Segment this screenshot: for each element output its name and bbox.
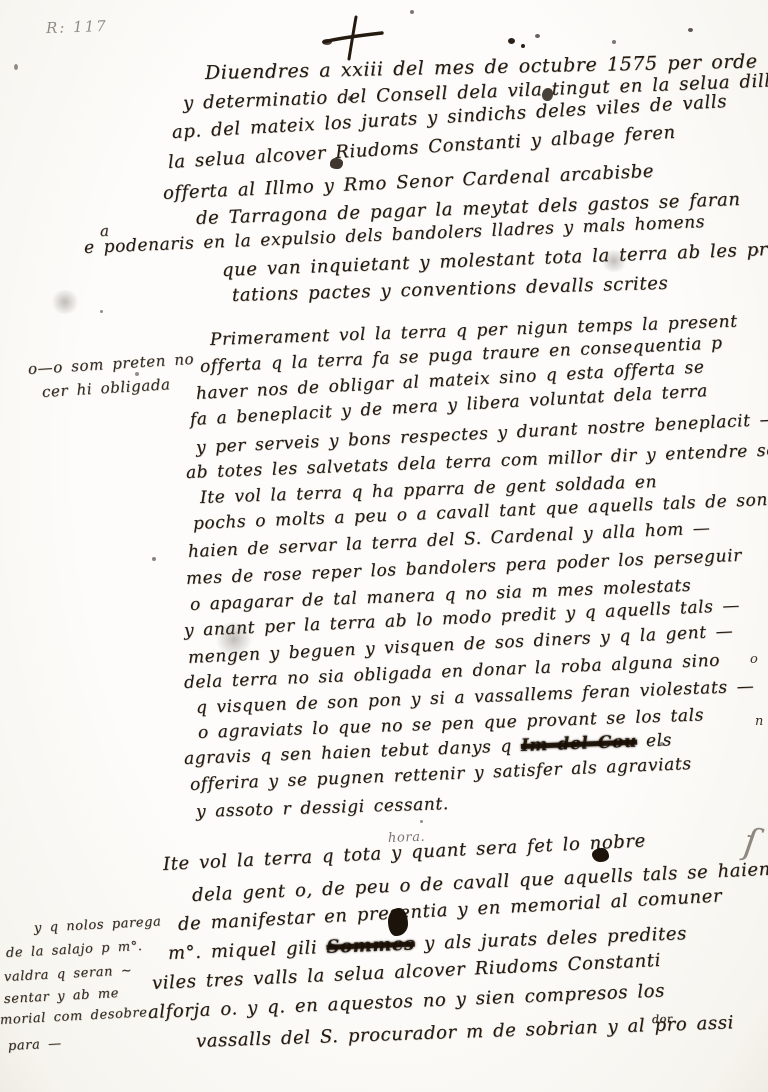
margin-note-line: para — xyxy=(8,1036,62,1054)
scan-smudge xyxy=(600,250,628,272)
margin-note-line: valdra q seran ~ xyxy=(4,963,133,985)
margin-note-line: sentar y ab me xyxy=(4,986,120,1007)
ink-speckle xyxy=(521,44,525,48)
margin-note-line: morial com desobre xyxy=(0,1005,148,1028)
ink-speckle xyxy=(348,96,353,101)
manuscript-page: R: 117 Diuendres a xxiii del mes de octu… xyxy=(0,0,768,1092)
ink-speckle xyxy=(688,28,693,32)
margin-note-line: de la salajo p m°. xyxy=(6,939,143,961)
manuscript-line: y assoto r dessigi cessant. xyxy=(196,794,449,822)
ink-speckle xyxy=(135,372,139,376)
cross-icon xyxy=(318,12,390,64)
ink-blot xyxy=(592,848,609,862)
ink-blot xyxy=(388,908,408,936)
ink-speckle xyxy=(756,250,759,253)
margin-note-line: y q nolos parega xyxy=(34,914,162,936)
ink-speckle xyxy=(410,10,414,14)
ink-speckle xyxy=(508,38,515,44)
ink-speckle xyxy=(535,34,540,38)
ink-speckle xyxy=(14,64,18,70)
line-text: els xyxy=(637,730,673,751)
struck-word: Sommes xyxy=(326,934,415,958)
right-margin-mark: o xyxy=(750,652,758,667)
scan-smudge xyxy=(50,290,80,314)
ink-speckle xyxy=(420,820,423,823)
line-text: m°. miquel gili xyxy=(168,937,327,964)
scan-smudge xyxy=(214,622,254,656)
right-margin-mark: n xyxy=(755,714,763,729)
margin-note-line: o—o som preten no xyxy=(27,350,194,378)
ink-blot xyxy=(542,88,553,101)
ink-speckle xyxy=(660,742,664,746)
ink-speckle xyxy=(612,40,616,44)
margin-note-line: cer hi obligada xyxy=(41,375,171,401)
ink-speckle xyxy=(100,310,103,313)
right-margin-mark: ſ xyxy=(741,821,760,863)
archival-number: R: 117 xyxy=(46,17,108,37)
superscript-note: dor xyxy=(652,1012,673,1026)
ink-blot xyxy=(330,158,343,169)
ink-speckle xyxy=(152,557,156,561)
struck-word: Im del Cou xyxy=(521,732,638,756)
